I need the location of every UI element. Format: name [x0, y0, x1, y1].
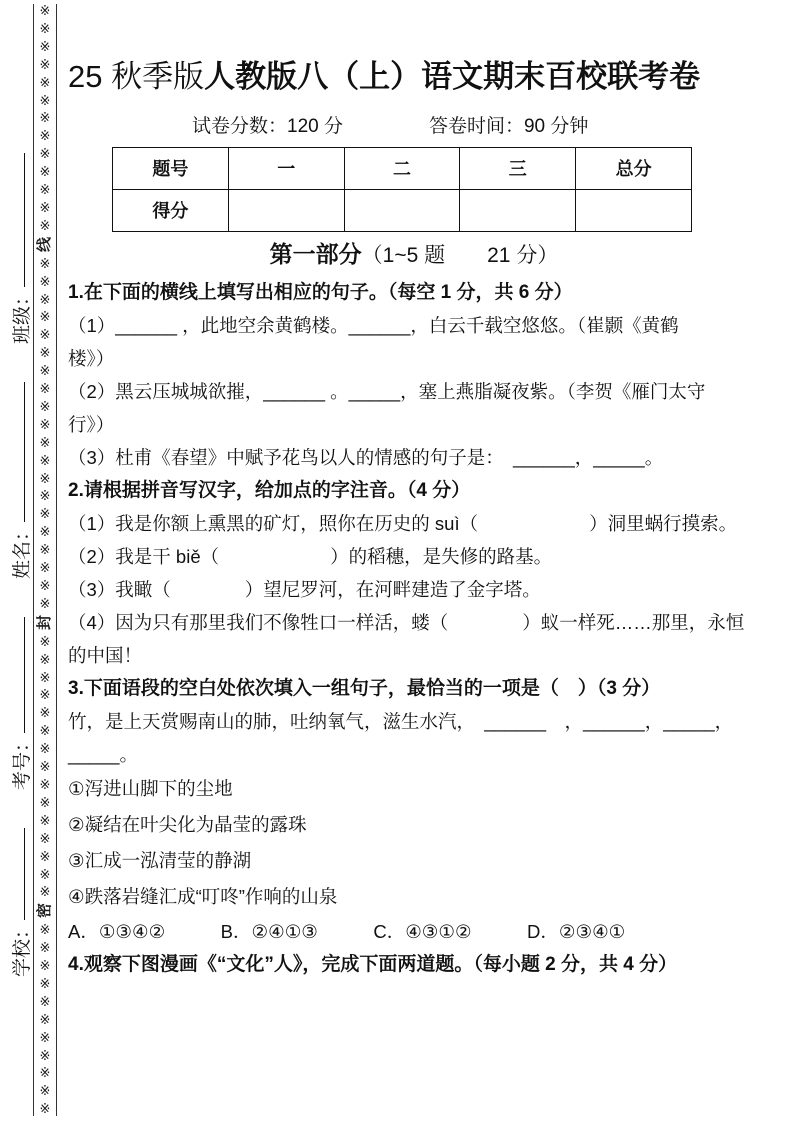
seal-mark: ※ — [40, 418, 51, 431]
seal-mark: ※ — [40, 760, 51, 773]
seal-mark: ※ — [40, 885, 51, 898]
seal-line-strip: ※※※※※※※※※※※※※线※※※※※※※※※※※※※※※※※※※※封※※※※※… — [33, 4, 57, 1116]
name-label: 姓名： — [7, 522, 34, 579]
exam-text-line: （1）______ ，此地空余黄鹤楼。______，白云千载空悠悠。（崔颢《黄鹤 — [68, 309, 760, 342]
title-edition-prefix: 25 秋季版 — [68, 59, 204, 94]
name-blank-line — [22, 382, 25, 522]
seal-mark: ※ — [40, 868, 51, 881]
seal-mark: ※ — [40, 635, 51, 648]
score-table-score-row: 得分 — [113, 189, 692, 231]
time-limit-text: 答卷时间：90 分钟 — [429, 111, 588, 138]
seal-mark: ※ — [40, 58, 51, 71]
exam-text-line: A．①③④② B．②④①③ C．④③①② D．②③④① — [68, 915, 760, 948]
seal-mark: ※ — [40, 850, 51, 863]
class-blank-line — [22, 153, 25, 287]
seal-mark: ※ — [40, 706, 51, 719]
seal-mark: ※ — [40, 597, 51, 610]
score-table-cell-score-label: 得分 — [113, 189, 229, 231]
score-table-cell-score-3 — [460, 189, 576, 231]
seal-mark: ※ — [40, 310, 51, 323]
seal-mark: ※ — [40, 165, 51, 178]
seal-mark: ※ — [40, 436, 51, 449]
score-table-cell-part3: 三 — [460, 147, 576, 189]
exam-text-line: 楼》） — [68, 342, 760, 375]
seal-mark: ※ — [40, 293, 51, 306]
seal-mark: ※ — [40, 275, 51, 288]
score-table-cell-score-2 — [344, 189, 460, 231]
seal-mark: ※ — [40, 1049, 51, 1062]
seal-mark: ※ — [40, 742, 51, 755]
page-title: 25 秋季版人教版八（上）语文期末百校联考卷 — [68, 56, 760, 98]
seal-mark: ※ — [40, 454, 51, 467]
seal-mark: ※ — [40, 257, 51, 270]
exam-text-line: 行》） — [68, 408, 760, 441]
seal-mark: ※ — [40, 778, 51, 791]
seal-mark: ※ — [40, 507, 51, 520]
exam-meta-row: 试卷分数：120 分 答卷时间：90 分钟 — [68, 111, 760, 138]
score-table-header-row: 题号 一 二 三 总分 — [113, 147, 692, 189]
exam-number-label: 考号： — [7, 733, 34, 790]
seal-mark: ※ — [40, 832, 51, 845]
seal-mark: ※ — [40, 796, 51, 809]
exam-text-line: （3）杜甫《春望》中赋予花鸟以人的情感的句子是： ______，_____。 — [68, 441, 760, 474]
seal-character: 密 — [37, 903, 52, 918]
exam-text-line: 竹，是上天赏赐南山的肺，吐纳氧气，滋生水汽， ______ ，______，__… — [68, 705, 760, 738]
seal-mark: ※ — [40, 977, 51, 990]
question-lines: 1.在下面的横线上填写出相应的句子。（每空 1 分，共 6 分）（1）_____… — [68, 276, 760, 981]
exam-text-line: 4.观察下图漫画《“文化”人》，完成下面两道题。（每小题 2 分，共 4 分） — [68, 948, 760, 981]
section-part-info: （1~5 题 21 分） — [362, 244, 559, 267]
total-score-text: 试卷分数：120 分 — [192, 111, 343, 138]
score-table-cell-score-1 — [228, 189, 344, 231]
class-label: 班级： — [7, 287, 34, 344]
seal-mark: ※ — [40, 364, 51, 377]
seal-mark: ※ — [40, 111, 51, 124]
seal-character: 封 — [37, 615, 52, 630]
section-part-label: 第一部分 — [270, 241, 362, 267]
seal-mark: ※ — [40, 653, 51, 666]
score-table-cell-question-number: 题号 — [113, 147, 229, 189]
seal-mark: ※ — [40, 400, 51, 413]
exam-text-line: （3）我瞰（ ）望尼罗河，在河畔建造了金字塔。 — [68, 573, 760, 606]
exam-text-line: 的中国！ — [68, 639, 760, 672]
exam-text-line: ③汇成一泓清莹的静湖 — [68, 843, 760, 879]
seal-mark: ※ — [40, 183, 51, 196]
score-table-cell-score-total — [576, 189, 692, 231]
title-main-text: 人教版八（上）语文期末百校联考卷 — [204, 59, 700, 94]
seal-mark: ※ — [40, 543, 51, 556]
seal-mark: ※ — [40, 22, 51, 35]
section-heading: 第一部分（1~5 题 21 分） — [68, 236, 760, 269]
seal-mark: ※ — [40, 94, 51, 107]
seal-mark: ※ — [40, 1102, 51, 1115]
seal-mark: ※ — [40, 724, 51, 737]
seal-mark: ※ — [40, 1084, 51, 1097]
name-field: 姓名： — [7, 382, 34, 579]
school-field: 学校： — [7, 828, 34, 977]
seal-mark: ※ — [40, 40, 51, 53]
exam-text-line: 2.请根据拼音写汉字，给加点的字注音。（4 分） — [68, 474, 760, 507]
score-table-cell-part1: 一 — [228, 147, 344, 189]
seal-mark: ※ — [40, 941, 51, 954]
seal-mark: ※ — [40, 995, 51, 1008]
seal-mark: ※ — [40, 525, 51, 538]
seal-mark: ※ — [40, 4, 51, 17]
exam-text-line: ①泻进山脚下的尘地 — [68, 771, 760, 807]
seal-mark: ※ — [40, 129, 51, 142]
exam-number-blank-line — [22, 617, 25, 733]
seal-mark: ※ — [40, 671, 51, 684]
class-field: 班级： — [7, 153, 34, 344]
seal-mark: ※ — [40, 923, 51, 936]
seal-mark: ※ — [40, 1013, 51, 1026]
seal-character: 线 — [37, 237, 52, 252]
exam-content: 25 秋季版人教版八（上）语文期末百校联考卷 试卷分数：120 分 答卷时间：9… — [68, 0, 760, 981]
seal-mark: ※ — [40, 1066, 51, 1079]
exam-paper-page: { "page": { "background": "#ffffff", "te… — [0, 0, 793, 1122]
exam-text-line: ④跌落岩缝汇成“叮咚”作响的山泉 — [68, 879, 760, 915]
score-table: 题号 一 二 三 总分 得分 — [112, 147, 692, 232]
seal-mark: ※ — [40, 472, 51, 485]
exam-text-line: 1.在下面的横线上填写出相应的句子。（每空 1 分，共 6 分） — [68, 276, 760, 309]
exam-text-line: （4）因为只有那里我们不像牲口一样活，蝼（ ）蚁一样死……那里，永恒 — [68, 606, 760, 639]
school-label: 学校： — [7, 920, 34, 977]
exam-number-field: 考号： — [7, 617, 34, 790]
seal-mark: ※ — [40, 147, 51, 160]
seal-mark: ※ — [40, 328, 51, 341]
seal-mark: ※ — [40, 1031, 51, 1044]
seal-mark: ※ — [40, 561, 51, 574]
seal-mark: ※ — [40, 688, 51, 701]
score-table-cell-part2: 二 — [344, 147, 460, 189]
seal-mark: ※ — [40, 489, 51, 502]
exam-text-line: ②凝结在叶尖化为晶莹的露珠 — [68, 807, 760, 843]
seal-mark: ※ — [40, 346, 51, 359]
exam-text-line: （1）我是你额上熏黑的矿灯，照你在历史的 suì（ ）洞里蜗行摸索。 — [68, 507, 760, 540]
exam-text-line: _____。 — [68, 738, 760, 771]
exam-text-line: （2）我是干 biě（ ）的稻穗，是失修的路基。 — [68, 540, 760, 573]
seal-mark: ※ — [40, 219, 51, 232]
seal-mark: ※ — [40, 579, 51, 592]
seal-mark: ※ — [40, 959, 51, 972]
seal-mark: ※ — [40, 76, 51, 89]
seal-mark: ※ — [40, 382, 51, 395]
seal-mark: ※ — [40, 201, 51, 214]
exam-text-line: （2）黑云压城城欲摧，______ 。_____，塞上燕脂凝夜紫。（李贺《雁门太… — [68, 375, 760, 408]
exam-text-line: 3.下面语段的空白处依次填入一组句子，最恰当的一项是（ ）（3 分） — [68, 672, 760, 705]
seal-mark: ※ — [40, 814, 51, 827]
student-info-labels: 学校： 考号： 姓名： 班级： — [7, 125, 33, 1005]
school-blank-line — [22, 828, 25, 920]
score-table-cell-total: 总分 — [576, 147, 692, 189]
